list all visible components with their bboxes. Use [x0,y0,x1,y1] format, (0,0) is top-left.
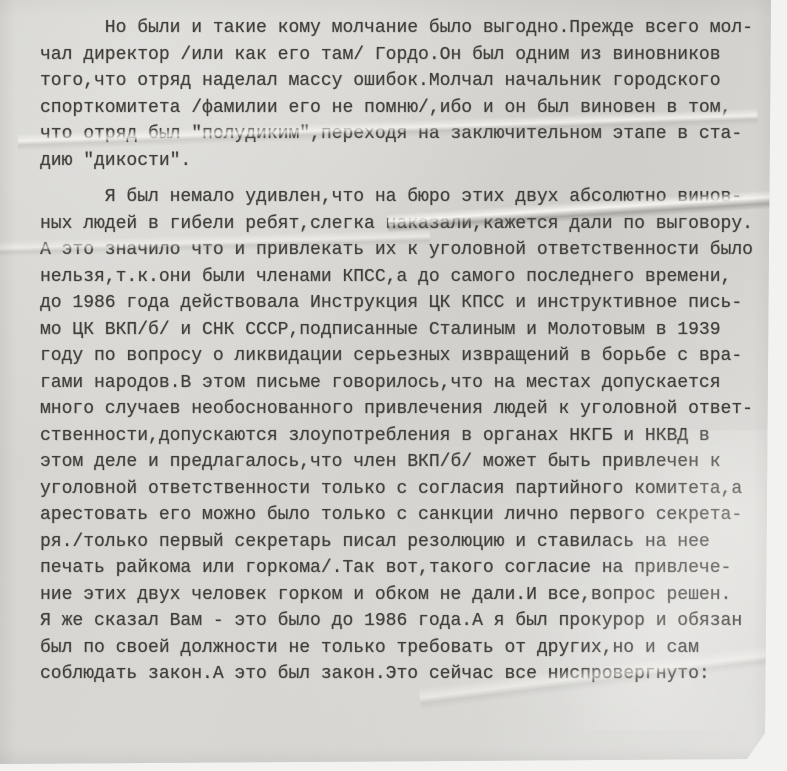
text-line: Но были и такие кому молчание было выгод… [40,15,767,42]
text-line: гами народов.В этом письме говорилось,чт… [40,370,767,397]
text-line: Я был немало удивлен,что на бюро этих дв… [40,184,767,211]
text-line: много случаев необоснованного привлечени… [40,396,767,423]
text-line: дию "дикости". [40,148,767,175]
text-line: того,что отряд наделал массу ошибок.Молч… [40,68,767,95]
text-line: ние этих двух человек горком и обком не … [40,582,767,609]
text-line: мо ЦК ВКП/б/ и СНК СССР,подписанные Стал… [40,317,767,344]
text-line: соблюдать закон.А это был закон.Это сейч… [40,661,767,688]
scan-area: Но были и такие кому молчание было выгод… [0,0,787,771]
text-line: уголовной ответственности только с согла… [40,476,767,503]
text-line: чал директор /или как его там/ Гордо.Он … [40,42,767,69]
paper-sheet: Но были и такие кому молчание было выгод… [0,0,787,771]
text-line: печать райкома или горкома/.Так вот,тако… [40,555,767,582]
text-line: что отряд был "полудиким",переходя на за… [40,121,767,148]
text-line: ных людей в гибели ребят,слегка наказали… [40,211,767,238]
typewritten-text: Но были и такие кому молчание было выгод… [40,15,767,688]
text-line [40,174,767,184]
text-line: нельзя,т.к.они были членами КПСС,а до са… [40,264,767,291]
text-line: до 1986 года действовала Инструкция ЦК К… [40,290,767,317]
text-line: спорткомитета /фамилии его не помню/,ибо… [40,95,767,122]
text-line: Я же сказал Вам - это было до 1986 года.… [40,608,767,635]
text-line: году по вопросу о ликвидации серьезных и… [40,343,767,370]
text-line: ственности,допускаются злоупотребления в… [40,423,767,450]
text-line: этом деле и предлагалось,что член ВКП/б/… [40,449,767,476]
text-line: ря./только первый секретарь писал резолю… [40,529,767,556]
text-line: арестовать его можно было только с санкц… [40,502,767,529]
text-line: А это значило что и привлекать их к угол… [40,237,767,264]
text-line: был по своей должности не только требова… [40,635,767,662]
